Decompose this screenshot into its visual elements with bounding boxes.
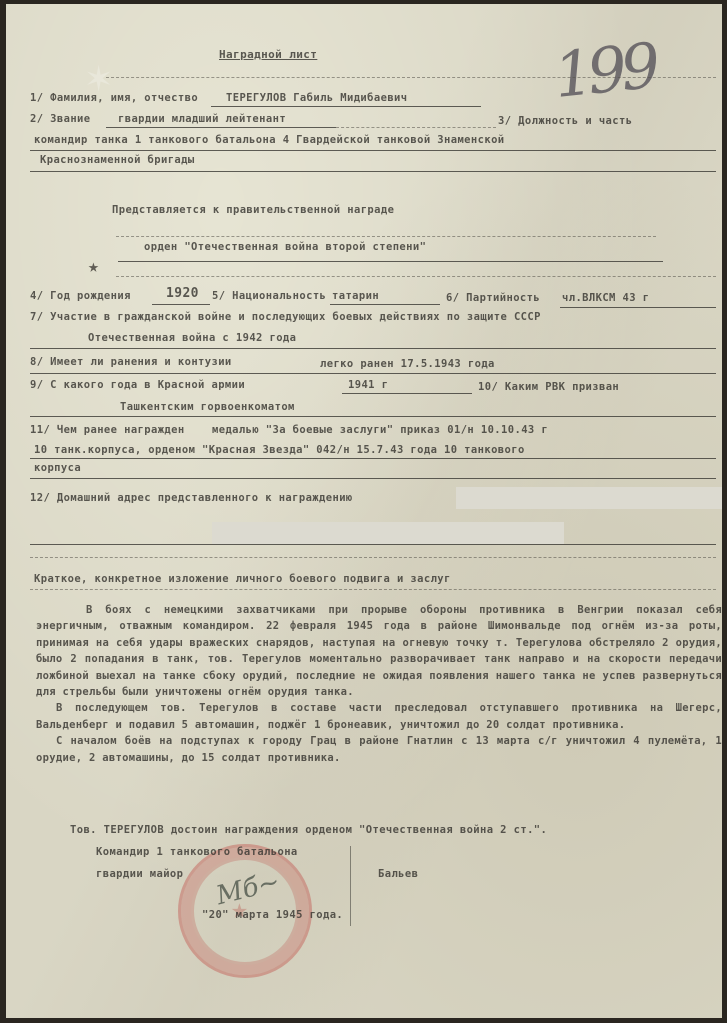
divider (116, 236, 656, 237)
underline (30, 348, 716, 349)
conclusion: Тов. ТЕРЕГУЛОВ достоин награждения орден… (70, 824, 547, 836)
position-value-2: Краснознаменной бригады (40, 154, 195, 166)
name-label: 1/ Фамилия, имя, отчество (30, 92, 198, 104)
party-label: 6/ Партийность (446, 292, 540, 304)
underline (152, 304, 210, 305)
rank-value: гвардии младший лейтенант (118, 113, 286, 125)
position-value-1: командир танка 1 танкового батальона 4 Г… (34, 134, 505, 146)
divider (106, 77, 716, 78)
signature-date: "20" марта 1945 года. (202, 909, 343, 921)
archive-number: 199 (550, 29, 657, 112)
underline (30, 416, 716, 417)
feat-paragraph-2: В последующем тов. Терегулов в составе ч… (36, 700, 722, 733)
underline (211, 106, 481, 107)
underline (30, 458, 716, 459)
document-title: Наградной лист (219, 48, 317, 61)
prior-awards-line-1: медалью "За боевые заслуги" приказ 01/н … (212, 424, 548, 436)
home-address-label: 12/ Домашний адрес представленного к наг… (30, 492, 353, 504)
signer-title-1: Командир 1 танкового батальона (96, 846, 298, 858)
party: чл.ВЛКСМ 43 г (562, 292, 649, 304)
divider (336, 127, 496, 128)
presented-for: Представляется к правительственной награ… (112, 204, 394, 216)
divider (30, 589, 716, 590)
star-icon: ★ (88, 256, 99, 277)
feat-heading: Краткое, конкретное изложение личного бо… (34, 573, 451, 585)
wounds-value: легко ранен 17.5.1943 года (320, 358, 495, 370)
prior-awards-line-2: 10 танк.корпуса, орденом "Красная Звезда… (34, 444, 525, 456)
civil-war-value: Отечественная война с 1942 года (88, 332, 296, 344)
underline (330, 304, 440, 305)
underline (560, 307, 716, 308)
name-value: ТЕРЕГУЛОВ Габиль Мидибаевич (226, 92, 407, 104)
nationality: татарин (332, 290, 379, 302)
signature-stroke (350, 846, 351, 926)
feat-paragraph-1: В боях с немецкими захватчиками при прор… (36, 602, 722, 700)
prior-awards-line-3: корпуса (34, 462, 81, 474)
award-sheet: ✶ Наградной лист 199 1/ Фамилия, имя, от… (6, 4, 722, 1018)
underline (342, 393, 472, 394)
redacted-area (456, 487, 722, 509)
nationality-label: 5/ Национальность (212, 290, 326, 302)
underline (30, 171, 716, 172)
birth-year: 1920 (166, 286, 199, 301)
army-since-value: 1941 г (348, 379, 388, 391)
redacted-area (212, 522, 564, 544)
divider (30, 557, 716, 558)
prior-awards-label: 11/ Чем ранее награжден (30, 424, 185, 436)
divider (116, 276, 716, 277)
rank-label: 2/ Звание (30, 113, 91, 125)
civil-war-label: 7/ Участие в гражданской войне и последу… (30, 311, 541, 323)
underline (30, 150, 716, 151)
army-since-label: 9/ С какого года в Красной армии (30, 379, 245, 391)
underline (106, 127, 336, 128)
award-name: орден "Отечественная война второй степен… (144, 241, 426, 253)
underline (30, 373, 716, 374)
signer-title-2: гвардии майор (96, 868, 183, 880)
birth-year-label: 4/ Год рождения (30, 290, 131, 302)
drafted-label: 10/ Каким РВК призван (478, 381, 619, 393)
feat-text: В боях с немецкими захватчиками при прор… (36, 602, 722, 766)
wounds-label: 8/ Имеет ли ранения и контузии (30, 356, 232, 368)
position-label: 3/ Должность и часть (498, 115, 632, 127)
underline (118, 261, 663, 262)
signer-name: Бальев (378, 868, 418, 880)
feat-paragraph-3: С началом боёв на подступах к городу Гра… (36, 733, 722, 766)
underline (30, 544, 716, 545)
underline (30, 478, 716, 479)
drafted-value: Ташкентским горвоенкоматом (120, 401, 295, 413)
